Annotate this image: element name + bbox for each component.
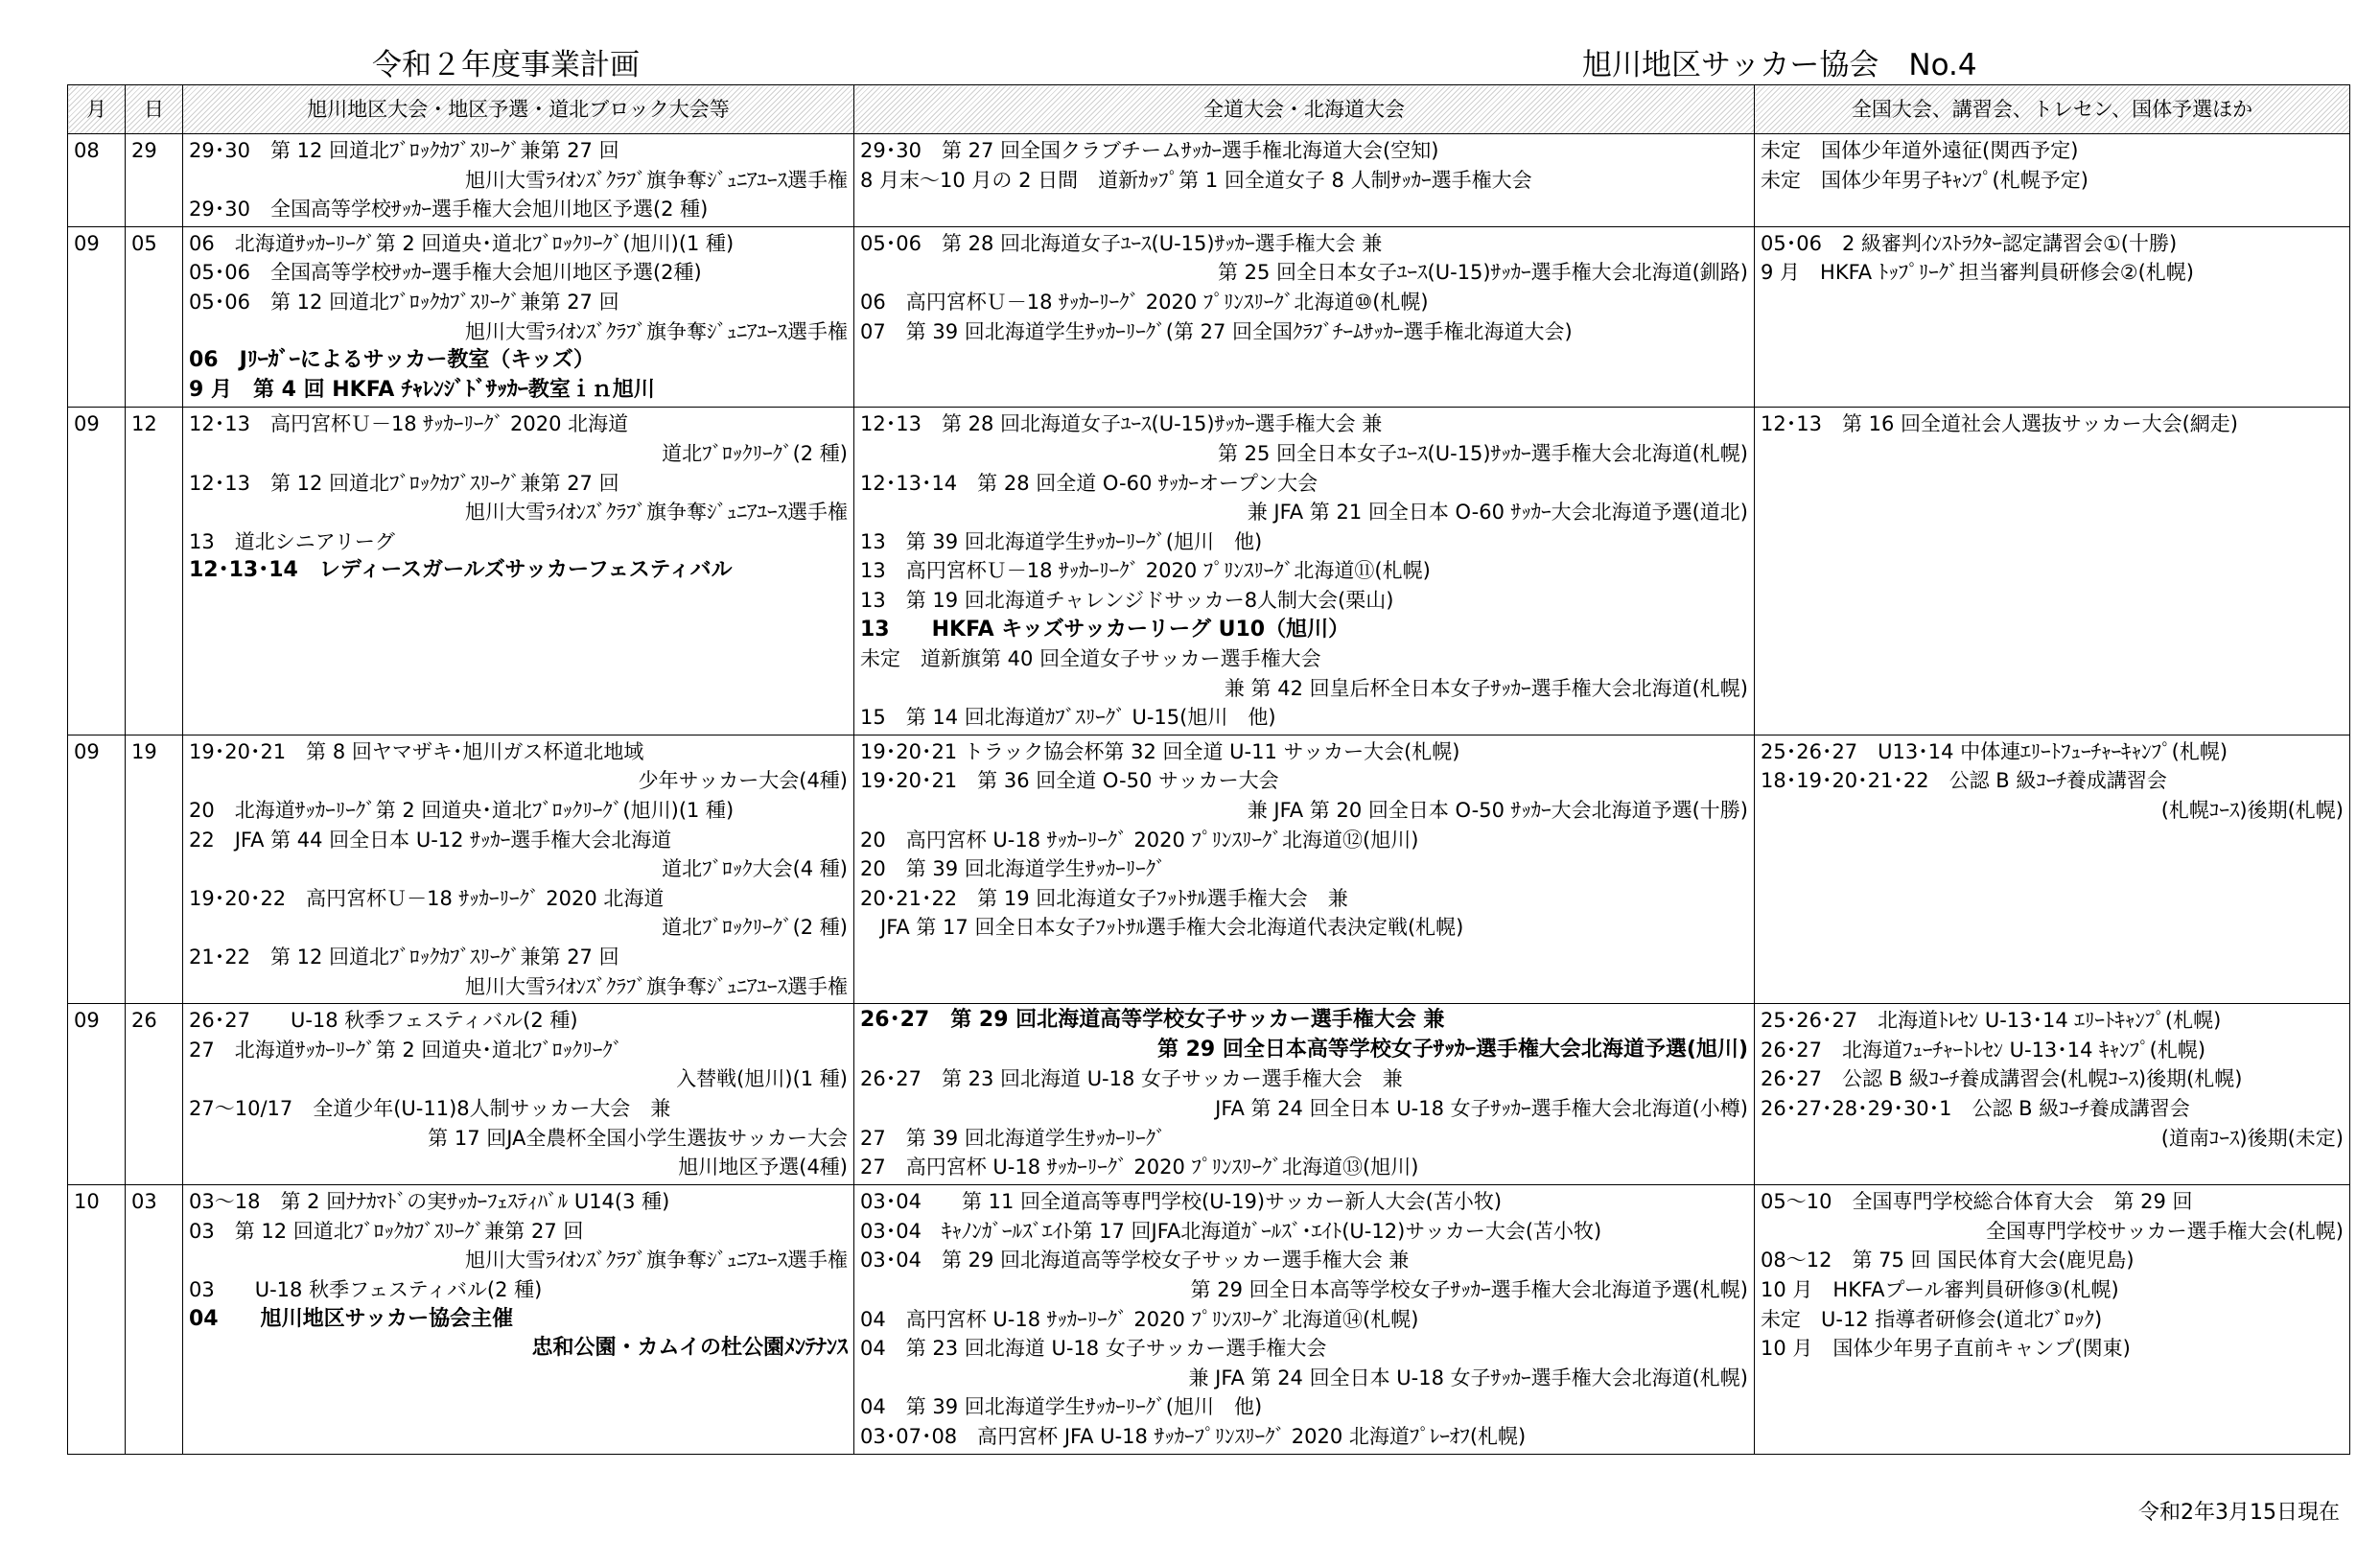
event-line: 03 第 12 回道北ﾌﾞﾛｯｸｶﾌﾞｽﾘｰｸﾞ兼第 27 回	[189, 1217, 848, 1247]
national-events-cell: 未定 国体少年道外遠征(関西予定)未定 国体少年男子ｷｬﾝﾌﾟ(札幌予定)	[1755, 134, 2350, 227]
event-line: 旭川大雪ﾗｲｵﾝｽﾞｸﾗﾌﾞ旗争奪ｼﾞｭﾆｱﾕｰｽ選手権	[189, 317, 848, 347]
event-line: 10 月 HKFAプール審判員研修③(札幌)	[1761, 1275, 2344, 1305]
event-line: 道北ﾌﾞﾛｯｸﾘｰｸﾞ(2 種)	[189, 913, 848, 943]
event-line: 06 北海道ｻｯｶｰﾘｰｸﾞ第 2 回道央･道北ﾌﾞﾛｯｸﾘｰｸﾞ(旭川)(1 …	[189, 229, 848, 259]
hokkaido-events-cell: 29･30 第 27 回全国クラブチームｻｯｶｰ選手権北海道大会(空知)8 月末…	[854, 134, 1755, 227]
event-line: 05･06 第 28 回北海道女子ﾕｰｽ(U-15)ｻｯｶｰ選手権大会 兼	[860, 229, 1748, 259]
event-line: 道北ﾌﾞﾛｯｸ大会(4 種)	[189, 854, 848, 884]
event-line: 03･04 ｷｬﾉﾝｶﾞｰﾙｽﾞｴｲﾄ第 17 回JFA北海道ｶﾞｰﾙｽﾞ･ｴｲ…	[860, 1217, 1748, 1247]
event-line: 未定 U-12 指導者研修会(道北ﾌﾞﾛｯｸ)	[1761, 1305, 2344, 1335]
event-line: 22 JFA 第 44 回全日本 U-12 ｻｯｶｰ選手権大会北海道	[189, 826, 848, 855]
event-line: 03･04 第 29 回北海道高等学校女子サッカー選手権大会 兼	[860, 1246, 1748, 1275]
event-line: 04 旭川地区サッカー協会主催	[189, 1305, 848, 1335]
event-line: 06 高円宮杯Ｕ－18 ｻｯｶｰﾘｰｸﾞ 2020 ﾌﾟﾘﾝｽﾘｰｸﾞ北海道⑩(…	[860, 288, 1748, 317]
event-line: 兼 JFA 第 21 回全日本 O-60 ｻｯｶｰ大会北海道予選(道北)	[860, 498, 1748, 527]
event-line: 19･20･22 高円宮杯Ｕ－18 ｻｯｶｰﾘｰｸﾞ 2020 北海道	[189, 884, 848, 914]
table-row: 092626･27 U-18 秋季フェスティバル(2 種)27 北海道ｻｯｶｰﾘ…	[68, 1004, 2350, 1185]
event-line: 15 第 14 回北海道ｶﾌﾞｽﾘｰｸﾞ U-15(旭川 他)	[860, 703, 1748, 733]
event-line: 第 29 回全日本高等学校女子ｻｯｶｰ選手権大会北海道予選(旭川)	[860, 1036, 1748, 1065]
event-line: 少年サッカー大会(4種)	[189, 766, 848, 796]
local-events-cell: 12･13 高円宮杯Ｕ－18 ｻｯｶｰﾘｰｸﾞ 2020 北海道道北ﾌﾞﾛｯｸﾘ…	[183, 408, 854, 735]
event-line: 29･30 第 27 回全国クラブチームｻｯｶｰ選手権北海道大会(空知)	[860, 136, 1748, 166]
month-cell: 09	[68, 735, 126, 1003]
event-line: 9 月 HKFA ﾄｯﾌﾟﾘｰｸﾞ担当審判員研修会②(札幌)	[1761, 258, 2344, 288]
event-line: 兼 JFA 第 20 回全日本 O-50 ｻｯｶｰ大会北海道予選(十勝)	[860, 796, 1748, 826]
event-line: 04 第 23 回北海道 U-18 女子サッカー選手権大会	[860, 1334, 1748, 1364]
event-line: 未定 道新旗第 40 回全道女子サッカー選手権大会	[860, 644, 1748, 674]
organization-title: 旭川地区サッカー協会 No.4	[1582, 40, 1977, 83]
event-line: 19･20･21 トラック協会杯第 32 回全道 U-11 サッカー大会(札幌)	[860, 737, 1748, 767]
event-line: 旭川大雪ﾗｲｵﾝｽﾞｸﾗﾌﾞ旗争奪ｼﾞｭﾆｱﾕｰｽ選手権	[189, 972, 848, 1002]
national-events-cell: 05･06 2 級審判ｲﾝｽﾄﾗｸﾀｰ認定講習会①(十勝)9 月 HKFA ﾄｯ…	[1755, 226, 2350, 408]
event-line: 20･21･22 第 19 回北海道女子ﾌｯﾄｻﾙ選手権大会 兼	[860, 884, 1748, 914]
event-line: 27 北海道ｻｯｶｰﾘｰｸﾞ第 2 回道央･道北ﾌﾞﾛｯｸﾘｰｸﾞ	[189, 1036, 848, 1065]
event-line: JFA 第 24 回全日本 U-18 女子ｻｯｶｰ選手権大会北海道(小樽)	[860, 1094, 1748, 1124]
event-line: 05･06 2 級審判ｲﾝｽﾄﾗｸﾀｰ認定講習会①(十勝)	[1761, 229, 2344, 259]
event-line: 第 25 回全日本女子ﾕｰｽ(U-15)ｻｯｶｰ選手権大会北海道(札幌)	[860, 439, 1748, 469]
local-events-cell: 29･30 第 12 回道北ﾌﾞﾛｯｸｶﾌﾞｽﾘｰｸﾞ兼第 27 回旭川大雪ﾗｲ…	[183, 134, 854, 227]
day-cell: 03	[126, 1185, 183, 1454]
event-line: 06 Jﾘｰｶﾞｰによるサッカー教室（キッズ）	[189, 346, 848, 376]
event-line: 未定 国体少年道外遠征(関西予定)	[1761, 136, 2344, 166]
national-events-cell: 12･13 第 16 回全道社会人選抜サッカー大会(網走)	[1755, 408, 2350, 735]
event-line: 27 高円宮杯 U-18 ｻｯｶｰﾘｰｸﾞ 2020 ﾌﾟﾘﾝｽﾘｰｸﾞ北海道⑬…	[860, 1153, 1748, 1182]
local-events-cell: 26･27 U-18 秋季フェスティバル(2 種)27 北海道ｻｯｶｰﾘｰｸﾞ第…	[183, 1004, 854, 1185]
event-line: 旭川地区予選(4種)	[189, 1153, 848, 1182]
event-line: 18･19･20･21･22 公認 B 級ｺｰﾁ養成講習会	[1761, 766, 2344, 796]
event-line: 入替戦(旭川)(1 種)	[189, 1064, 848, 1094]
event-line: 12･13･14 第 28 回全道 O-60 ｻｯｶｰオープン大会	[860, 469, 1748, 499]
event-line: 13 HKFA キッズサッカーリーグ U10（旭川）	[860, 616, 1748, 645]
event-line: 25･26･27 U13･14 中体連ｴﾘｰﾄﾌｭｰﾁｬｰｷｬﾝﾌﾟ(札幌)	[1761, 737, 2344, 767]
event-line: 26･27 第 23 回北海道 U-18 女子サッカー選手権大会 兼	[860, 1064, 1748, 1094]
event-line: 04 第 39 回北海道学生ｻｯｶｰﾘｰｸﾞ(旭川 他)	[860, 1392, 1748, 1422]
event-line: 20 北海道ｻｯｶｰﾘｰｸﾞ第 2 回道央･道北ﾌﾞﾛｯｸﾘｰｸﾞ(旭川)(1 …	[189, 796, 848, 826]
national-events-cell: 05～10 全国専門学校総合体育大会 第 29 回全国専門学校サッカー選手権大会…	[1755, 1185, 2350, 1454]
table-row: 091212･13 高円宮杯Ｕ－18 ｻｯｶｰﾘｰｸﾞ 2020 北海道道北ﾌﾞ…	[68, 408, 2350, 735]
event-line: (道南ｺｰｽ)後期(未定)	[1761, 1124, 2344, 1154]
table-row: 082929･30 第 12 回道北ﾌﾞﾛｯｸｶﾌﾞｽﾘｰｸﾞ兼第 27 回旭川…	[68, 134, 2350, 227]
column-header-month: 月	[68, 85, 126, 134]
local-events-cell: 03～18 第 2 回ﾅﾅｶﾏﾄﾞの実ｻｯｶｰﾌｪｽﾃｨﾊﾞﾙ U14(3 種)…	[183, 1185, 854, 1454]
event-line: 兼 第 42 回皇后杯全日本女子ｻｯｶｰ選手権大会北海道(札幌)	[860, 674, 1748, 704]
day-cell: 19	[126, 735, 183, 1003]
event-line: 旭川大雪ﾗｲｵﾝｽﾞｸﾗﾌﾞ旗争奪ｼﾞｭﾆｱﾕｰｽ選手権	[189, 166, 848, 196]
event-line: 第 17 回JA全農杯全国小学生選抜サッカー大会	[189, 1124, 848, 1154]
event-line: 26･27･28･29･30･1 公認 B 級ｺｰﾁ養成講習会	[1761, 1094, 2344, 1124]
event-line: 20 第 39 回北海道学生ｻｯｶｰﾘｰｸﾞ	[860, 854, 1748, 884]
event-line: 8 月末～10 月の 2 日間 道新ｶｯﾌﾟ第 1 回全道女子 8 人制ｻｯｶｰ…	[860, 166, 1748, 196]
event-line: 27 第 39 回北海道学生ｻｯｶｰﾘｰｸﾞ	[860, 1124, 1748, 1154]
month-cell: 08	[68, 134, 126, 227]
event-line: 兼 JFA 第 24 回全日本 U-18 女子ｻｯｶｰ選手権大会北海道(札幌)	[860, 1364, 1748, 1393]
schedule-table: 月 日 旭川地区大会・地区予選・道北ブロック大会等 全道大会・北海道大会 全国大…	[67, 84, 2350, 1455]
local-events-cell: 06 北海道ｻｯｶｰﾘｰｸﾞ第 2 回道央･道北ﾌﾞﾛｯｸﾘｰｸﾞ(旭川)(1 …	[183, 226, 854, 408]
month-cell: 09	[68, 408, 126, 735]
event-line: 26･27 第 29 回北海道高等学校女子サッカー選手権大会 兼	[860, 1006, 1748, 1036]
event-line: 第 25 回全日本女子ﾕｰｽ(U-15)ｻｯｶｰ選手権大会北海道(釧路)	[860, 258, 1748, 288]
event-line: 07 第 39 回北海道学生ｻｯｶｰﾘｰｸﾞ(第 27 回全国ｸﾗﾌﾞﾁｰﾑｻｯ…	[860, 317, 1748, 347]
event-line: 05･06 全国高等学校ｻｯｶｰ選手権大会旭川地区予選(2種)	[189, 258, 848, 288]
event-line: 08～12 第 75 回 国民体育大会(鹿児島)	[1761, 1246, 2344, 1275]
event-line: 12･13 高円宮杯Ｕ－18 ｻｯｶｰﾘｰｸﾞ 2020 北海道	[189, 409, 848, 439]
event-line: 道北ﾌﾞﾛｯｸﾘｰｸﾞ(2 種)	[189, 439, 848, 469]
event-line: 05･06 第 12 回道北ﾌﾞﾛｯｸｶﾌﾞｽﾘｰｸﾞ兼第 27 回	[189, 288, 848, 317]
hokkaido-events-cell: 05･06 第 28 回北海道女子ﾕｰｽ(U-15)ｻｯｶｰ選手権大会 兼第 2…	[854, 226, 1755, 408]
column-header-national-events: 全国大会、講習会、トレセン、国体予選ほか	[1755, 85, 2350, 134]
hokkaido-events-cell: 03･04 第 11 回全道高等専門学校(U-19)サッカー新人大会(苫小牧)0…	[854, 1185, 1755, 1454]
event-line: 19･20･21 第 8 回ヤマザキ･旭川ガス杯道北地域	[189, 737, 848, 767]
hokkaido-events-cell: 19･20･21 トラック協会杯第 32 回全道 U-11 サッカー大会(札幌)…	[854, 735, 1755, 1003]
event-line: 第 29 回全日本高等学校女子ｻｯｶｰ選手権大会北海道予選(札幌)	[860, 1275, 1748, 1305]
event-line: 19･20･21 第 36 回全道 O-50 サッカー大会	[860, 766, 1748, 796]
hokkaido-events-cell: 12･13 第 28 回北海道女子ﾕｰｽ(U-15)ｻｯｶｰ選手権大会 兼第 2…	[854, 408, 1755, 735]
event-line: 13 高円宮杯Ｕ－18 ｻｯｶｰﾘｰｸﾞ 2020 ﾌﾟﾘﾝｽﾘｰｸﾞ北海道⑪(…	[860, 556, 1748, 586]
event-line: 04 高円宮杯 U-18 ｻｯｶｰﾘｰｸﾞ 2020 ﾌﾟﾘﾝｽﾘｰｸﾞ北海道⑭…	[860, 1305, 1748, 1335]
event-line: 03･07･08 高円宮杯 JFA U-18 ｻｯｶｰﾌﾟﾘﾝｽﾘｰｸﾞ 202…	[860, 1422, 1748, 1452]
event-line: 21･22 第 12 回道北ﾌﾞﾛｯｸｶﾌﾞｽﾘｰｸﾞ兼第 27 回	[189, 943, 848, 972]
month-cell: 09	[68, 1004, 126, 1185]
document-title: 令和２年度事業計画	[372, 40, 640, 83]
event-line: 12･13 第 16 回全道社会人選抜サッカー大会(網走)	[1761, 409, 2344, 439]
event-line: 13 第 19 回北海道チャレンジドサッカー8人制大会(栗山)	[860, 586, 1748, 616]
day-cell: 05	[126, 226, 183, 408]
local-events-cell: 19･20･21 第 8 回ヤマザキ･旭川ガス杯道北地域少年サッカー大会(4種)…	[183, 735, 854, 1003]
day-cell: 12	[126, 408, 183, 735]
event-line: 13 第 39 回北海道学生ｻｯｶｰﾘｰｸﾞ(旭川 他)	[860, 527, 1748, 557]
event-line: 03～18 第 2 回ﾅﾅｶﾏﾄﾞの実ｻｯｶｰﾌｪｽﾃｨﾊﾞﾙ U14(3 種)	[189, 1187, 848, 1217]
event-line: 05～10 全国専門学校総合体育大会 第 29 回	[1761, 1187, 2344, 1217]
national-events-cell: 25･26･27 北海道ﾄﾚｾﾝ U-13･14 ｴﾘｰﾄｷｬﾝﾌﾟ(札幌)26…	[1755, 1004, 2350, 1185]
table-row: 091919･20･21 第 8 回ヤマザキ･旭川ガス杯道北地域少年サッカー大会…	[68, 735, 2350, 1003]
event-line: 27～10/17 全道少年(U-11)8人制サッカー大会 兼	[189, 1094, 848, 1124]
national-events-cell: 25･26･27 U13･14 中体連ｴﾘｰﾄﾌｭｰﾁｬｰｷｬﾝﾌﾟ(札幌)18…	[1755, 735, 2350, 1003]
event-line: (札幌ｺｰｽ)後期(札幌)	[1761, 796, 2344, 826]
event-line: JFA 第 17 回全日本女子ﾌｯﾄｻﾙ選手権大会北海道代表決定戦(札幌)	[860, 913, 1748, 943]
table-row: 090506 北海道ｻｯｶｰﾘｰｸﾞ第 2 回道央･道北ﾌﾞﾛｯｸﾘｰｸﾞ(旭川…	[68, 226, 2350, 408]
day-cell: 26	[126, 1004, 183, 1185]
table-header-row: 月 日 旭川地区大会・地区予選・道北ブロック大会等 全道大会・北海道大会 全国大…	[68, 85, 2350, 134]
event-line: 20 高円宮杯 U-18 ｻｯｶｰﾘｰｸﾞ 2020 ﾌﾟﾘﾝｽﾘｰｸﾞ北海道⑫…	[860, 826, 1748, 855]
event-line: 25･26･27 北海道ﾄﾚｾﾝ U-13･14 ｴﾘｰﾄｷｬﾝﾌﾟ(札幌)	[1761, 1006, 2344, 1036]
event-line: 03･04 第 11 回全道高等専門学校(U-19)サッカー新人大会(苫小牧)	[860, 1187, 1748, 1217]
event-line: 9 月 第 4 回 HKFA ﾁｬﾚﾝｼﾞﾄﾞｻｯｶｰ教室ｉｎ旭川	[189, 376, 848, 406]
event-line: 未定 国体少年男子ｷｬﾝﾌﾟ(札幌予定)	[1761, 166, 2344, 196]
event-line: 29･30 全国高等学校ｻｯｶｰ選手権大会旭川地区予選(2 種)	[189, 195, 848, 224]
event-line: 旭川大雪ﾗｲｵﾝｽﾞｸﾗﾌﾞ旗争奪ｼﾞｭﾆｱﾕｰｽ選手権	[189, 1246, 848, 1275]
event-line: 26･27 U-18 秋季フェスティバル(2 種)	[189, 1006, 848, 1036]
column-header-day: 日	[126, 85, 183, 134]
month-cell: 10	[68, 1185, 126, 1454]
event-line: 忠和公園・カムイの杜公園ﾒﾝﾃﾅﾝｽ	[189, 1334, 848, 1364]
event-line: 13 道北シニアリーグ	[189, 527, 848, 557]
event-line: 12･13 第 28 回北海道女子ﾕｰｽ(U-15)ｻｯｶｰ選手権大会 兼	[860, 409, 1748, 439]
column-header-local-events: 旭川地区大会・地区予選・道北ブロック大会等	[183, 85, 854, 134]
event-line: 10 月 国体少年男子直前キャンプ(関東)	[1761, 1334, 2344, 1364]
month-cell: 09	[68, 226, 126, 408]
table-row: 100303～18 第 2 回ﾅﾅｶﾏﾄﾞの実ｻｯｶｰﾌｪｽﾃｨﾊﾞﾙ U14(…	[68, 1185, 2350, 1454]
column-header-hokkaido-events: 全道大会・北海道大会	[854, 85, 1755, 134]
event-line: 12･13･14 レディースガールズサッカーフェスティバル	[189, 556, 848, 586]
as-of-date: 令和2年3月15日現在	[2138, 1496, 2340, 1526]
event-line: 26･27 公認 B 級ｺｰﾁ養成講習会(札幌ｺｰｽ)後期(札幌)	[1761, 1064, 2344, 1094]
hokkaido-events-cell: 26･27 第 29 回北海道高等学校女子サッカー選手権大会 兼第 29 回全日…	[854, 1004, 1755, 1185]
event-line: 03 U-18 秋季フェスティバル(2 種)	[189, 1275, 848, 1305]
event-line: 26･27 北海道ﾌｭｰﾁｬｰﾄﾚｾﾝ U-13･14 ｷｬﾝﾌﾟ(札幌)	[1761, 1036, 2344, 1065]
event-line: 12･13 第 12 回道北ﾌﾞﾛｯｸｶﾌﾞｽﾘｰｸﾞ兼第 27 回	[189, 469, 848, 499]
event-line: 旭川大雪ﾗｲｵﾝｽﾞｸﾗﾌﾞ旗争奪ｼﾞｭﾆｱﾕｰｽ選手権	[189, 498, 848, 527]
day-cell: 29	[126, 134, 183, 227]
event-line: 29･30 第 12 回道北ﾌﾞﾛｯｸｶﾌﾞｽﾘｰｸﾞ兼第 27 回	[189, 136, 848, 166]
event-line: 全国専門学校サッカー選手権大会(札幌)	[1761, 1217, 2344, 1247]
